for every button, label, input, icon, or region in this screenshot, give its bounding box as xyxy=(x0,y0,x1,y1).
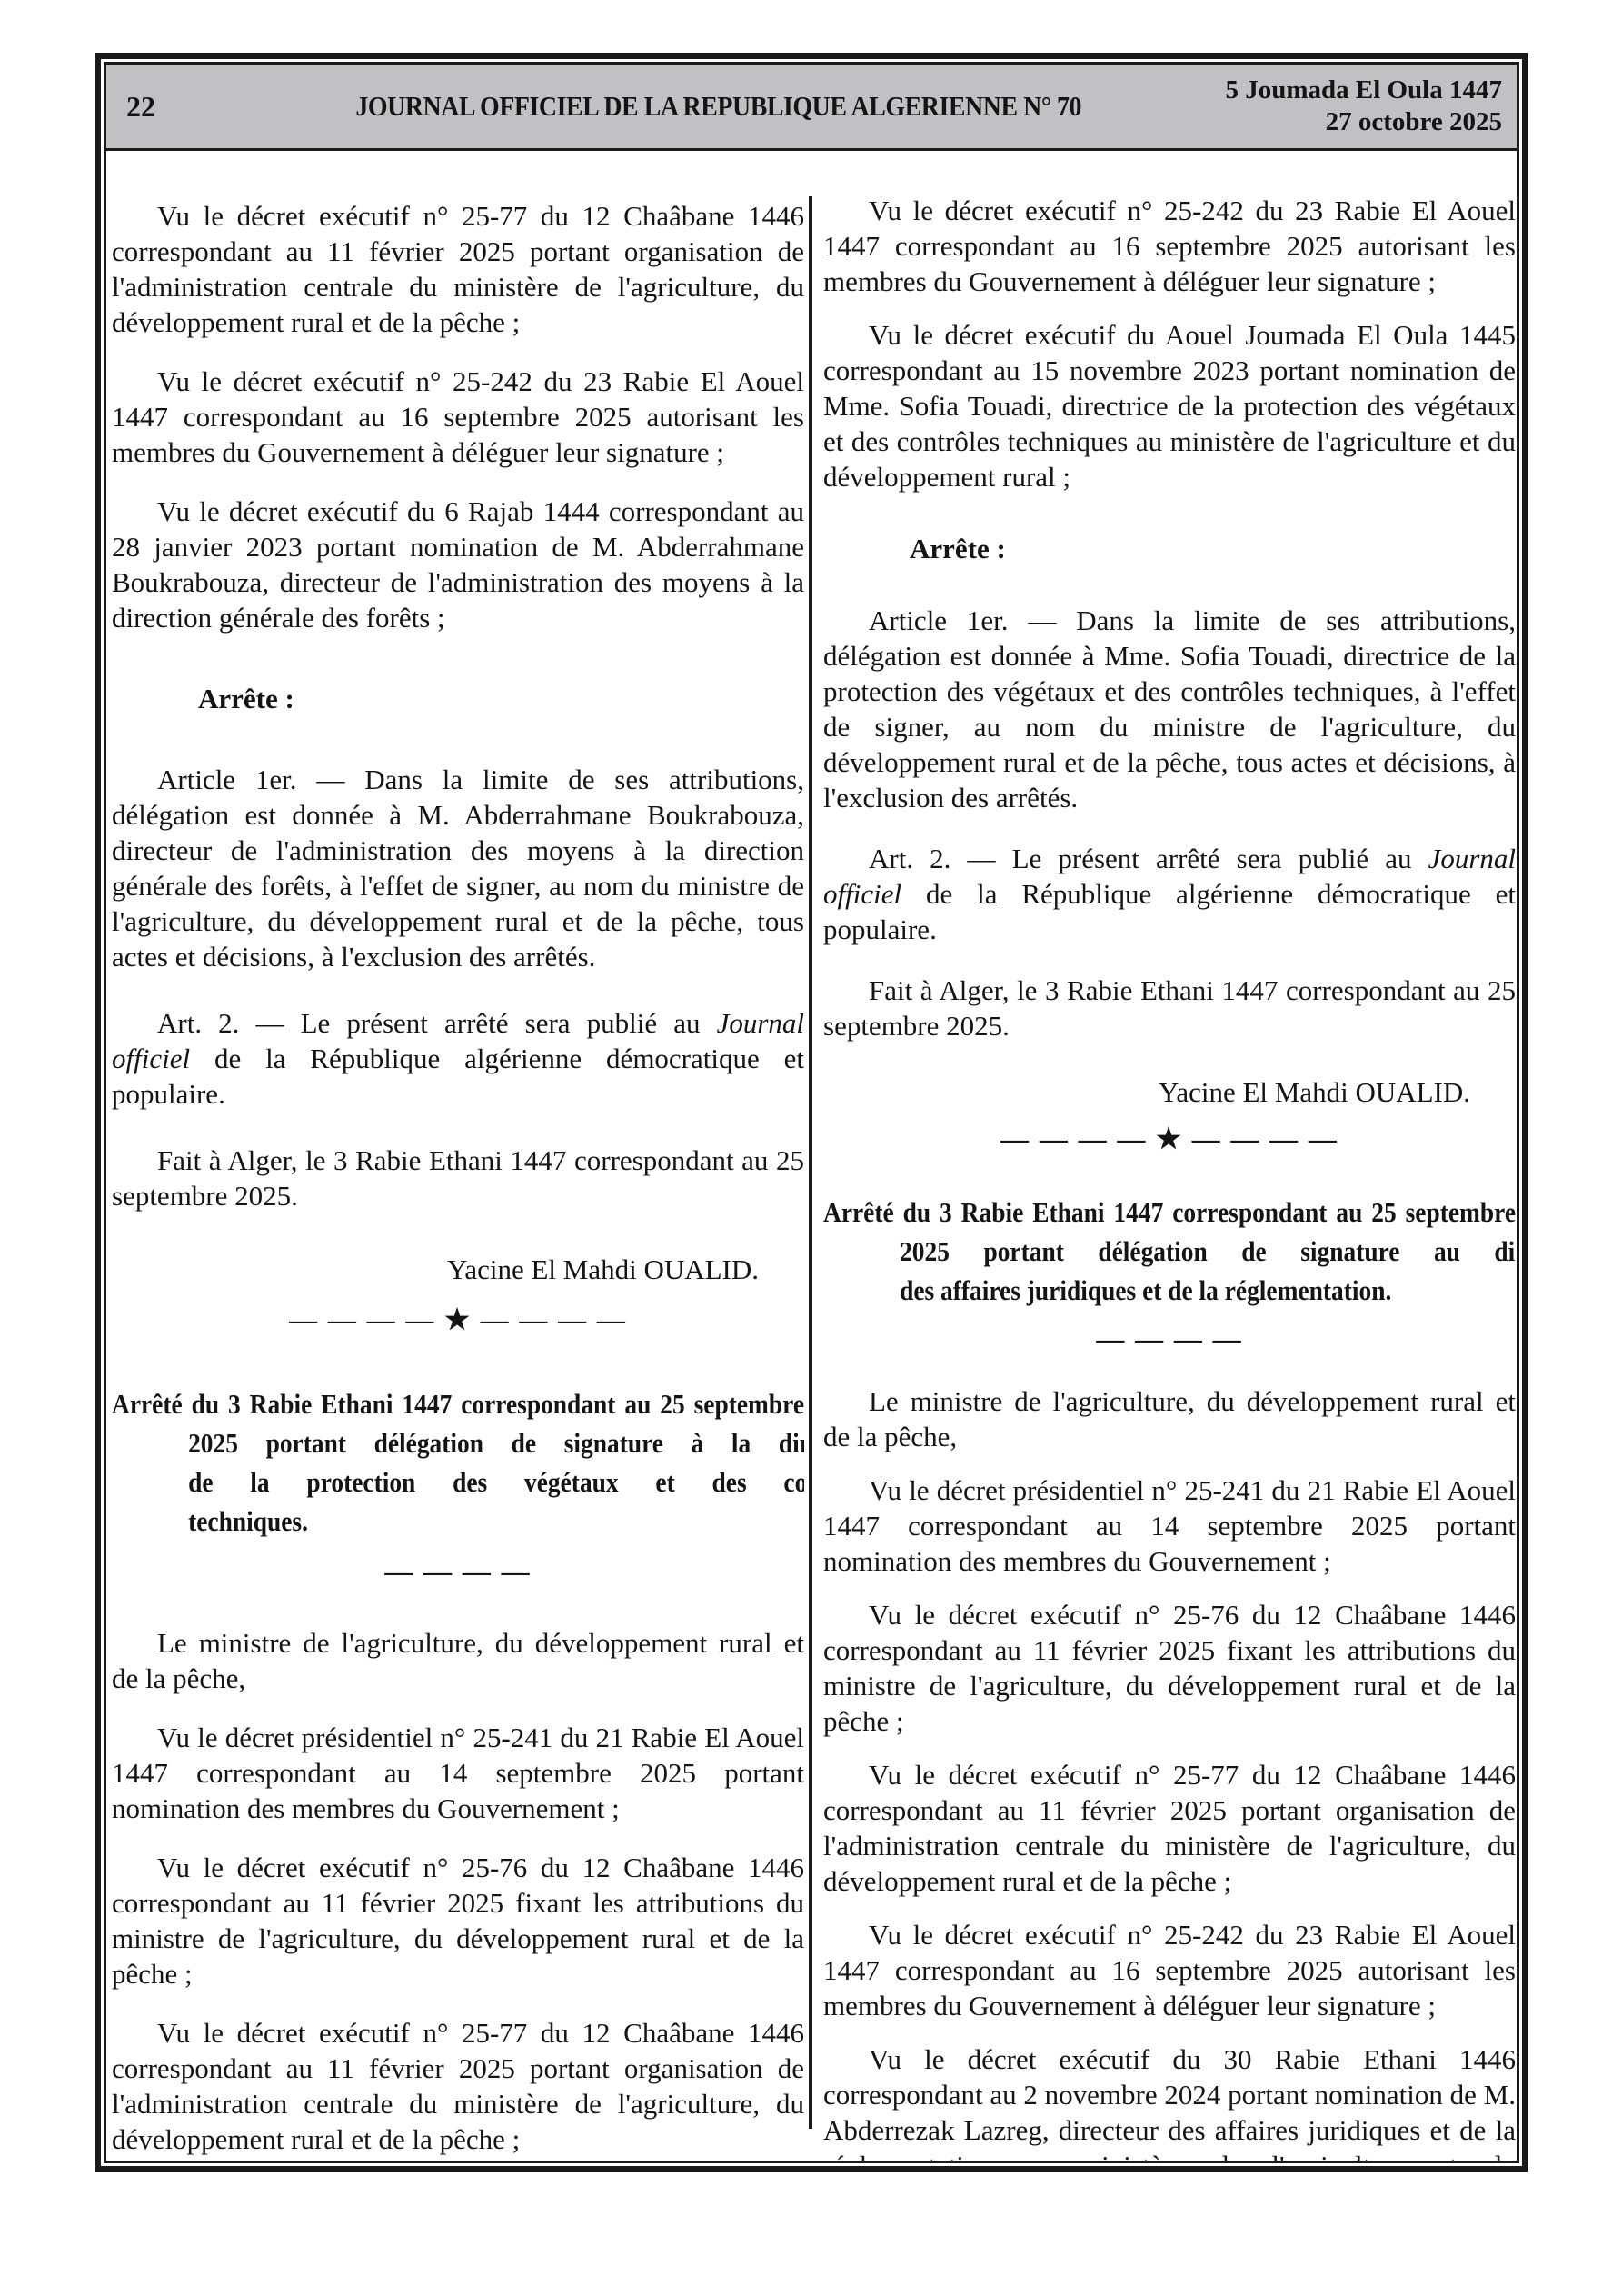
date-hijri: 5 Joumada El Oula 1447 xyxy=(1193,75,1502,106)
page-number: 22 xyxy=(106,90,244,124)
left-column: Vu le décret exécutif n° 25-77 du 12 Cha… xyxy=(112,151,804,2161)
page-frame: 22 JOURNAL OFFICIEL DE LA REPUBLIQUE ALG… xyxy=(95,53,1528,2172)
arrete-label: Arrête : xyxy=(112,681,804,716)
visa-paragraph: Vu le décret présidentiel n° 25-241 du 2… xyxy=(823,1472,1516,1579)
journal-page: 22 JOURNAL OFFICIEL DE LA REPUBLIQUE ALG… xyxy=(0,0,1622,2296)
column-divider xyxy=(809,196,812,2129)
article-2-text: Art. 2. — Le présent arrêté sera publié … xyxy=(869,843,1428,874)
arrete-label: Arrête : xyxy=(823,531,1516,566)
dash-separator: — — — — xyxy=(112,1553,804,1589)
section-heading: Arrêté du 3 Rabie Ethani 1447 correspond… xyxy=(823,1193,1516,1310)
signature: Yacine El Mahdi OUALID. xyxy=(112,1252,804,1287)
visa-paragraph: Vu le décret exécutif du Aouel Joumada E… xyxy=(823,317,1516,494)
ministre-paragraph: Le ministre de l'agriculture, du dévelop… xyxy=(112,1625,804,1696)
date-line: Fait à Alger, le 3 Rabie Ethani 1447 cor… xyxy=(823,973,1516,1043)
visa-paragraph: Vu le décret exécutif du 6 Rajab 1444 co… xyxy=(112,494,804,635)
heading-line: 2025 portant délégation de signature au … xyxy=(823,1232,1516,1271)
date-gregorian: 27 octobre 2025 xyxy=(1193,106,1502,138)
article-2-paragraph: Art. 2. — Le présent arrêté sera publié … xyxy=(823,841,1516,947)
article-1-paragraph: Article 1er. — Dans la limite de ses att… xyxy=(112,762,804,974)
article-2-text: de la République algérienne démocratique… xyxy=(823,878,1516,945)
star-separator: — — — — ★ — — — — xyxy=(823,1121,1516,1156)
heading-line: de la protection des végétaux et des con… xyxy=(112,1462,804,1502)
star-separator: — — — — ★ — — — — xyxy=(112,1302,804,1337)
heading-line: Arrêté du 3 Rabie Ethani 1447 correspond… xyxy=(112,1384,804,1423)
visa-paragraph: Vu le décret exécutif du 30 Rabie Ethani… xyxy=(823,2041,1516,2161)
heading-line: 2025 portant délégation de signature à l… xyxy=(112,1423,804,1462)
visa-paragraph: Vu le décret exécutif n° 25-77 du 12 Cha… xyxy=(112,198,804,340)
visa-paragraph: Vu le décret exécutif n° 25-242 du 23 Ra… xyxy=(823,193,1516,299)
dash-separator: — — — — xyxy=(823,1321,1516,1356)
heading-line: techniques. xyxy=(112,1502,804,1541)
visa-paragraph: Vu le décret exécutif n° 25-77 du 12 Cha… xyxy=(823,1757,1516,1899)
heading-line: Arrêté du 3 Rabie Ethani 1447 correspond… xyxy=(823,1193,1516,1232)
visa-paragraph: Vu le décret présidentiel n° 25-241 du 2… xyxy=(112,1720,804,1826)
visa-paragraph: Vu le décret exécutif n° 25-242 du 23 Ra… xyxy=(112,364,804,470)
header-band: 22 JOURNAL OFFICIEL DE LA REPUBLIQUE ALG… xyxy=(106,65,1517,151)
visa-paragraph: Vu le décret exécutif n° 25-76 du 12 Cha… xyxy=(823,1597,1516,1739)
section-heading: Arrêté du 3 Rabie Ethani 1447 correspond… xyxy=(112,1384,804,1541)
ministre-paragraph: Le ministre de l'agriculture, du dévelop… xyxy=(823,1383,1516,1454)
date-line: Fait à Alger, le 3 Rabie Ethani 1447 cor… xyxy=(112,1143,804,1213)
visa-paragraph: Vu le décret exécutif n° 25-242 du 23 Ra… xyxy=(823,1917,1516,2023)
article-2-text: de la République algérienne démocratique… xyxy=(112,1043,804,1110)
visa-paragraph: Vu le décret exécutif n° 25-77 du 12 Cha… xyxy=(112,2015,804,2157)
journal-title-text: JOURNAL OFFICIEL DE LA REPUBLIQUE ALGERI… xyxy=(356,90,1082,123)
page-body: Vu le décret exécutif n° 25-77 du 12 Cha… xyxy=(106,151,1517,2161)
signature: Yacine El Mahdi OUALID. xyxy=(823,1074,1516,1110)
heading-line: des affaires juridiques et de la régleme… xyxy=(823,1271,1516,1310)
journal-title: JOURNAL OFFICIEL DE LA REPUBLIQUE ALGERI… xyxy=(244,90,1193,123)
visa-paragraph: Vu le décret exécutif n° 25-76 du 12 Cha… xyxy=(112,1850,804,1992)
right-column: Vu le décret exécutif n° 25-242 du 23 Ra… xyxy=(823,151,1516,2161)
header-dates: 5 Joumada El Oula 1447 27 octobre 2025 xyxy=(1193,75,1517,138)
article-2-text: Art. 2. — Le présent arrêté sera publié … xyxy=(157,1007,717,1039)
page-frame-inner: 22 JOURNAL OFFICIEL DE LA REPUBLIQUE ALG… xyxy=(104,62,1519,2163)
article-1-paragraph: Article 1er. — Dans la limite de ses att… xyxy=(823,603,1516,815)
article-2-paragraph: Art. 2. — Le présent arrêté sera publié … xyxy=(112,1005,804,1112)
